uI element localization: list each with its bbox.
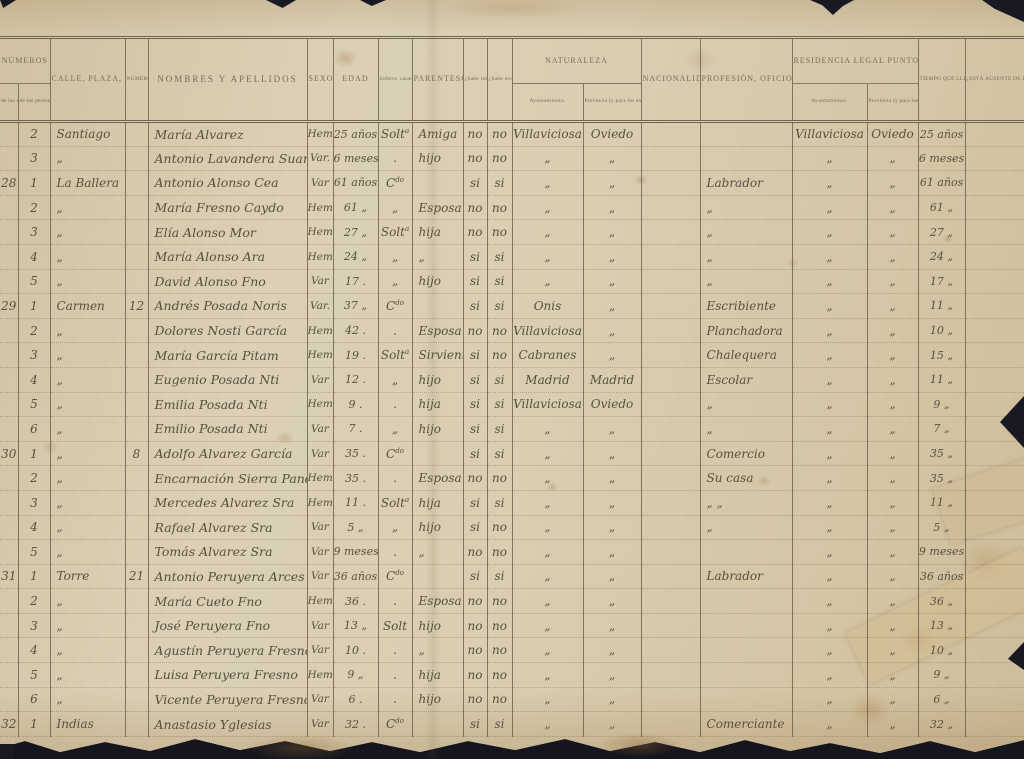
cell-nat_p: „ (583, 515, 641, 540)
cell-aus (965, 589, 1024, 614)
cell-nat_p: Oviedo (583, 392, 641, 417)
cell-sexo: Hem (307, 220, 333, 245)
cell-lee: no (463, 663, 487, 688)
cell-par: „ (412, 638, 463, 663)
cell-nombre: Eugenio Posada Nti (148, 367, 307, 392)
cell-casa (125, 490, 148, 515)
cell-par (412, 441, 463, 466)
cell-par: hija (412, 392, 463, 417)
cell-lee: si (463, 441, 487, 466)
cell-esc: no (487, 515, 512, 540)
cell-nombre: Dolores Nosti García (148, 318, 307, 343)
cell-casa (125, 171, 148, 196)
cell-lee: no (463, 589, 487, 614)
cell-sexo: Var (307, 564, 333, 589)
cell-res_p: „ (867, 564, 918, 589)
cell-prof: Su casa (700, 466, 792, 491)
cell-est: Cdo (378, 294, 412, 319)
cell-casa (125, 515, 148, 540)
cell-aus (965, 663, 1024, 688)
cell-res_a: „ (792, 589, 867, 614)
cell-nac (641, 589, 700, 614)
cell-edad: 35 . (333, 441, 378, 466)
cell-esc: si (487, 712, 512, 737)
cell-est: . (378, 318, 412, 343)
header-numeros-personas: de las personas de cada cédula. (18, 84, 50, 122)
cell-calle: „ (50, 589, 125, 614)
cell-nombre: Vicente Peruyera Fresno (148, 687, 307, 712)
cell-nombre: María García Pitam (148, 343, 307, 368)
cell-calle: „ (50, 663, 125, 688)
cell-lee: no (463, 540, 487, 565)
table-row: 4„María Alonso AraHem24 „„„sisi„„„„„24 „ (0, 244, 1024, 269)
cell-res_p: „ (867, 269, 918, 294)
cell-lee: no (463, 146, 487, 171)
cell-nac (641, 441, 700, 466)
cell-esc: no (487, 589, 512, 614)
cell-casa (125, 318, 148, 343)
table-row: 2„Dolores Nosti GarcíaHem.42 ..Esposanon… (0, 318, 1024, 343)
cell-prof: Escribiente (700, 294, 792, 319)
cell-calle: „ (50, 687, 125, 712)
cell-sexo: Var (307, 515, 333, 540)
cell-edad: 36 años (333, 564, 378, 589)
cell-edad: 25 años (333, 122, 378, 147)
cell-tiempo: 11 „ (918, 367, 965, 392)
header-numeros: NÚMEROS (0, 38, 50, 84)
cell-casa (125, 122, 148, 147)
cell-lee: no (463, 613, 487, 638)
cell-aus (965, 712, 1024, 737)
cell-res_p: „ (867, 687, 918, 712)
cell-prof: Planchadora (700, 318, 792, 343)
cell-calle: „ (50, 638, 125, 663)
cell-res_a: „ (792, 318, 867, 343)
cell-nac (641, 171, 700, 196)
cell-res_a: „ (792, 638, 867, 663)
cell-nat_p: „ (583, 613, 641, 638)
cell-prof: „ (700, 515, 792, 540)
cell-nac (641, 515, 700, 540)
cell-par: Esposa (412, 195, 463, 220)
cell-res_p: „ (867, 294, 918, 319)
cell-edad: 9 „ (333, 663, 378, 688)
cell-prof: Labrador (700, 171, 792, 196)
cell-ced: 32 (0, 712, 18, 737)
cell-nat_a: „ (512, 269, 583, 294)
cell-prof (700, 589, 792, 614)
cell-nat_a: „ (512, 466, 583, 491)
cell-est: Cdo (378, 564, 412, 589)
cell-nat_a: „ (512, 441, 583, 466)
cell-tiempo: 10 „ (918, 318, 965, 343)
cell-sexo: Hem. (307, 343, 333, 368)
cell-per: 3 (18, 490, 50, 515)
cell-est: . (378, 540, 412, 565)
cell-per: 2 (18, 122, 50, 147)
cell-par: hijo (412, 613, 463, 638)
cell-edad: 35 . (333, 466, 378, 491)
cell-per: 4 (18, 244, 50, 269)
cell-est: „ (378, 367, 412, 392)
cell-est: „ (378, 195, 412, 220)
cell-ced (0, 490, 18, 515)
cell-tiempo: 36 años (918, 564, 965, 589)
cell-res_a: „ (792, 195, 867, 220)
cell-ced (0, 417, 18, 442)
cell-nac (641, 269, 700, 294)
cell-prof: Chalequera (700, 343, 792, 368)
cell-prof: Labrador (700, 564, 792, 589)
cell-nac (641, 122, 700, 147)
cell-tiempo: 13 „ (918, 613, 965, 638)
cell-nat_p: „ (583, 441, 641, 466)
cell-calle: Torre (50, 564, 125, 589)
cell-est: Cdo (378, 441, 412, 466)
cell-tiempo: 17 „ (918, 269, 965, 294)
cell-per: 1 (18, 712, 50, 737)
cell-tiempo: 61 „ (918, 195, 965, 220)
cell-est: . (378, 687, 412, 712)
cell-nat_p: „ (583, 294, 641, 319)
cell-nat_p: „ (583, 663, 641, 688)
cell-edad: 61 „ (333, 195, 378, 220)
cell-casa (125, 146, 148, 171)
cell-nombre: Rafael Alvarez Sra (148, 515, 307, 540)
cell-res_a: „ (792, 244, 867, 269)
cell-nat_p: „ (583, 540, 641, 565)
cell-per: 4 (18, 515, 50, 540)
cell-nac (641, 687, 700, 712)
cell-nat_p: „ (583, 417, 641, 442)
cell-lee: si (463, 712, 487, 737)
cell-nat_p: „ (583, 343, 641, 368)
cell-par: Esposa (412, 589, 463, 614)
cell-lee: si (463, 367, 487, 392)
cell-per: 3 (18, 343, 50, 368)
cell-tiempo: 11 „ (918, 490, 965, 515)
cell-nat_a: „ (512, 712, 583, 737)
cell-est: . (378, 466, 412, 491)
cell-nat_a: „ (512, 663, 583, 688)
cell-est: . (378, 392, 412, 417)
header-sabe-escribir: ¿Sabe escribir? (487, 38, 512, 122)
cell-nat_a: „ (512, 244, 583, 269)
cell-par: hijo (412, 269, 463, 294)
cell-res_a: „ (792, 564, 867, 589)
cell-nat_a: „ (512, 589, 583, 614)
cell-calle: „ (50, 367, 125, 392)
cell-prof: „ (700, 417, 792, 442)
table-row: 3„Mercedes Alvarez SraHem11 .Soltahijasi… (0, 490, 1024, 515)
cell-sexo: Hem (307, 392, 333, 417)
cell-esc: no (487, 663, 512, 688)
cell-lee: si (463, 515, 487, 540)
cell-res_p: „ (867, 343, 918, 368)
cell-aus (965, 441, 1024, 466)
cell-prof (700, 613, 792, 638)
cell-per: 5 (18, 269, 50, 294)
cell-est: Solt (378, 613, 412, 638)
cell-calle: „ (50, 146, 125, 171)
cell-nat_p: „ (583, 244, 641, 269)
cell-lee: si (463, 294, 487, 319)
cell-sexo: Var (307, 540, 333, 565)
cell-lee: no (463, 687, 487, 712)
cell-par: hijo (412, 417, 463, 442)
cell-res_a: „ (792, 171, 867, 196)
cell-casa (125, 417, 148, 442)
cell-prof: „ (700, 269, 792, 294)
cell-nat_a: „ (512, 195, 583, 220)
cell-prof: „ (700, 392, 792, 417)
cell-tiempo: 9 „ (918, 663, 965, 688)
cell-est: „ (378, 417, 412, 442)
cell-prof (700, 663, 792, 688)
cell-par (412, 294, 463, 319)
cell-casa (125, 367, 148, 392)
cell-edad: 9 . (333, 392, 378, 417)
table-row: 301„8Adolfo Alvarez GarcíaVar35 .Cdosisi… (0, 441, 1024, 466)
cell-est: „ (378, 244, 412, 269)
cell-res_p: „ (867, 638, 918, 663)
cell-sexo: Hem (307, 490, 333, 515)
cell-nombre: Emilio Posada Nti (148, 417, 307, 442)
cell-par: hijo (412, 687, 463, 712)
header-ausente: ¿ESTÁ AUSENTE DE ESTE TÉRMINO MUNICIPAL?… (965, 38, 1024, 122)
cell-aus (965, 195, 1024, 220)
cell-nat_p: „ (583, 687, 641, 712)
cell-tiempo: 35 „ (918, 441, 965, 466)
cell-est: . (378, 589, 412, 614)
cell-calle: La Ballera (50, 171, 125, 196)
header-residencia-provincia: Provincia (y para los extranjeros transe… (867, 84, 918, 122)
cell-ced (0, 244, 18, 269)
cell-lee: si (463, 171, 487, 196)
cell-per: 1 (18, 171, 50, 196)
cell-nat_a: Madrid (512, 367, 583, 392)
cell-aus (965, 122, 1024, 147)
cell-esc: si (487, 269, 512, 294)
cell-ced (0, 269, 18, 294)
table-row: 5„David Alonso FnoVar17 .„hijosisi„„„„„1… (0, 269, 1024, 294)
cell-ced (0, 146, 18, 171)
cell-sexo: Hem. (307, 318, 333, 343)
cell-nac (641, 294, 700, 319)
cell-esc: si (487, 490, 512, 515)
cell-nac (641, 540, 700, 565)
cell-aus (965, 244, 1024, 269)
cell-res_p: „ (867, 244, 918, 269)
cell-res_a: „ (792, 613, 867, 638)
cell-per: 2 (18, 589, 50, 614)
header-sabe-leer: ¿Sabe leer? (463, 38, 487, 122)
cell-edad: 36 . (333, 589, 378, 614)
cell-edad: 37 „ (333, 294, 378, 319)
cell-nombre: Antonio Alonso Cea (148, 171, 307, 196)
cell-par: hija (412, 663, 463, 688)
cell-sexo: Hem (307, 589, 333, 614)
cell-ced (0, 195, 18, 220)
cell-calle: „ (50, 269, 125, 294)
cell-tiempo: 10 „ (918, 638, 965, 663)
cell-edad: 5 „ (333, 515, 378, 540)
cell-edad: 12 . (333, 367, 378, 392)
cell-nat_a: „ (512, 638, 583, 663)
cell-ced (0, 540, 18, 565)
cell-sexo: Var (307, 638, 333, 663)
cell-tiempo: 25 años (918, 122, 965, 147)
cell-sexo: Hem (307, 195, 333, 220)
cell-nat_p: „ (583, 269, 641, 294)
cell-nat_a: Villaviciosa (512, 122, 583, 147)
table-row: 3„José Peruyera FnoVar13 „Solthijonono„„… (0, 613, 1024, 638)
table-row: 2„María Cueto FnoHem36 ..Esposanono„„„„3… (0, 589, 1024, 614)
header-numeros-cedulas: de las cédulas. (0, 84, 18, 122)
cell-nat_a: „ (512, 613, 583, 638)
cell-par: hija (412, 490, 463, 515)
header-residencia-legal: RESIDENCIA LEGAL PUNTO DONDE TIENE SU RE… (792, 38, 918, 84)
cell-nac (641, 417, 700, 442)
cell-est: . (378, 663, 412, 688)
cell-per: 4 (18, 367, 50, 392)
cell-calle: „ (50, 441, 125, 466)
cell-res_p: „ (867, 318, 918, 343)
cell-per: 5 (18, 392, 50, 417)
cell-esc: no (487, 638, 512, 663)
cell-par (412, 171, 463, 196)
cell-casa (125, 663, 148, 688)
cell-calle: „ (50, 515, 125, 540)
table-row: 311Torre21Antonio Peruyera ArcesVar36 añ… (0, 564, 1024, 589)
cell-prof: Comerciante (700, 712, 792, 737)
cell-esc: no (487, 122, 512, 147)
cell-sexo: Var (307, 712, 333, 737)
cell-ced (0, 663, 18, 688)
cell-res_p: „ (867, 220, 918, 245)
cell-casa (125, 392, 148, 417)
header-tiempo: TIEMPO QUE LLEVA RESIDIENDO EN ESTE AYUN… (918, 38, 965, 122)
cell-nat_a: „ (512, 146, 583, 171)
cell-prof (700, 146, 792, 171)
cell-ced (0, 343, 18, 368)
cell-nombre: Andrés Posada Noris (148, 294, 307, 319)
cell-sexo: Var. (307, 294, 333, 319)
cell-casa: 12 (125, 294, 148, 319)
cell-esc: no (487, 687, 512, 712)
cell-casa (125, 244, 148, 269)
cell-res_p: „ (867, 171, 918, 196)
cell-res_a: „ (792, 269, 867, 294)
cell-est: Solta (378, 490, 412, 515)
cell-casa (125, 220, 148, 245)
cell-res_p: „ (867, 417, 918, 442)
cell-res_a: „ (792, 490, 867, 515)
table-row: 5„Emilia Posada NtiHem9 ..hijasisiVillav… (0, 392, 1024, 417)
cell-nac (641, 195, 700, 220)
cell-sexo: Var (307, 441, 333, 466)
cell-par: „ (412, 244, 463, 269)
cell-nac (641, 564, 700, 589)
cell-ced: 29 (0, 294, 18, 319)
cell-lee: no (463, 195, 487, 220)
cell-edad: 17 . (333, 269, 378, 294)
cell-nat_a: „ (512, 540, 583, 565)
cell-nombre: Encarnación Sierra Pando (148, 466, 307, 491)
cell-par: Esposa (412, 318, 463, 343)
cell-esc: no (487, 343, 512, 368)
table-row: 4„Agustín Peruyera FresnoVar10 ..„nono„„… (0, 638, 1024, 663)
cell-nac (641, 712, 700, 737)
census-table: NÚMEROS CALLE, PLAZA, PASEO, CASERÍO, CO… (0, 36, 1024, 737)
cell-res_p: „ (867, 466, 918, 491)
cell-sexo: Var (307, 613, 333, 638)
cell-lee: si (463, 343, 487, 368)
cell-calle: „ (50, 318, 125, 343)
cell-par: hijo (412, 515, 463, 540)
cell-ced (0, 318, 18, 343)
cell-nombre: José Peruyera Fno (148, 613, 307, 638)
cell-tiempo: 9 meses (918, 540, 965, 565)
cell-res_p: „ (867, 712, 918, 737)
cell-ced (0, 687, 18, 712)
cell-ced (0, 613, 18, 638)
cell-casa: 8 (125, 441, 148, 466)
cell-casa (125, 687, 148, 712)
cell-lee: no (463, 638, 487, 663)
cell-aus (965, 367, 1024, 392)
cell-calle: „ (50, 490, 125, 515)
cell-res_a: „ (792, 515, 867, 540)
cell-casa: 21 (125, 564, 148, 589)
cell-calle: „ (50, 220, 125, 245)
cell-per: 2 (18, 466, 50, 491)
cell-ced (0, 367, 18, 392)
cell-res_a: „ (792, 367, 867, 392)
cell-per: 3 (18, 613, 50, 638)
cell-nac (641, 392, 700, 417)
cell-prof: „ (700, 195, 792, 220)
cell-sexo: Hem (307, 663, 333, 688)
cell-casa (125, 269, 148, 294)
cell-par: hija (412, 220, 463, 245)
cell-par: hijo (412, 146, 463, 171)
cell-res_a: „ (792, 466, 867, 491)
cell-calle: Carmen (50, 294, 125, 319)
cell-edad: 13 „ (333, 613, 378, 638)
header-sexo: SEXO — Varón ó Hembra (307, 38, 333, 122)
cell-edad: 32 . (333, 712, 378, 737)
cell-nat_p: „ (583, 466, 641, 491)
cell-nombre: Antonio Peruyera Arces (148, 564, 307, 589)
cell-sexo: Hem (307, 244, 333, 269)
cell-est: „ (378, 269, 412, 294)
cell-nat_p: „ (583, 146, 641, 171)
cell-nat_p: „ (583, 171, 641, 196)
cell-calle: „ (50, 613, 125, 638)
cell-tiempo: 6 meses (918, 146, 965, 171)
cell-lee: si (463, 269, 487, 294)
cell-per: 6 (18, 687, 50, 712)
cell-res_p: „ (867, 441, 918, 466)
cell-prof (700, 687, 792, 712)
cell-per: 1 (18, 441, 50, 466)
cell-calle: „ (50, 466, 125, 491)
cell-nat_p: Madrid (583, 367, 641, 392)
cell-nat_a: Onis (512, 294, 583, 319)
cell-aus (965, 294, 1024, 319)
cell-est: Solta (378, 220, 412, 245)
